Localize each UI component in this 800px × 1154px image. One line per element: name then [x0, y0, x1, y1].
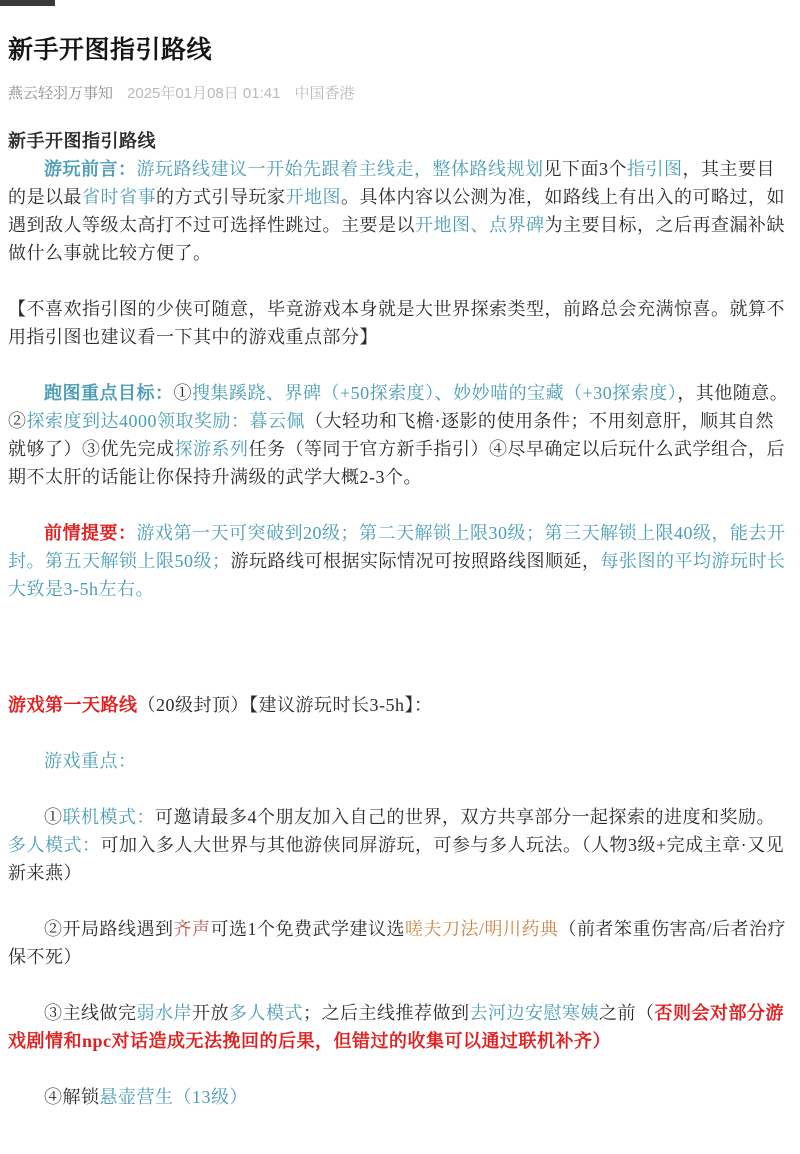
text-segment: 开地图、点界碑: [415, 215, 545, 235]
preface-paragraph: 游玩前言：游玩路线建议一开始先跟着主线走，整体路线规划见下面3个指引图，其主要目…: [8, 155, 792, 267]
text-segment: ②开局路线遇到: [44, 919, 174, 939]
text-segment: 【不喜欢指引图的少侠可随意，毕竟游戏本身就是大世界探索类型，前路总会充满惊喜。就…: [8, 299, 785, 347]
text-segment: 多人模式: [229, 1003, 303, 1023]
text-segment: （20级封顶）【建议游玩时长3-5h】：: [138, 695, 433, 715]
byline: 燕云轻羽万事知 2025年01月08日 01:41 中国香港: [8, 82, 792, 103]
intro-heading: 新手开图指引路线: [8, 127, 792, 155]
day1-route-heading: 游戏第一天路线（20级封顶）【建议游玩时长3-5h】：: [8, 691, 792, 719]
text-segment: ①: [174, 383, 193, 403]
coop-mode-paragraph: ①联机模式：可邀请最多4个朋友加入自己的世界，双方共享部分一起探索的进度和奖励。…: [8, 803, 792, 887]
top-left-bar: [0, 0, 55, 6]
text-segment: 游玩路线建议一开始先跟着主线走，整体路线规划: [137, 159, 544, 179]
text-segment: 指引图: [627, 159, 683, 179]
text-segment: 可选1个免费武学建议选: [211, 919, 406, 939]
game-highlights-label: 游戏重点：: [8, 747, 792, 775]
text-segment: ①: [44, 807, 63, 827]
author-name[interactable]: 燕云轻羽万事知: [8, 82, 113, 103]
text-segment: 新手开图指引路线: [8, 131, 156, 151]
text-segment: 游玩前言：: [44, 159, 137, 179]
text-segment: 去河边安慰寒姨: [470, 1003, 600, 1023]
text-segment: ；之后主线推荐做到: [303, 1003, 470, 1023]
text-segment: ③主线做完: [44, 1003, 137, 1023]
map-goals-paragraph: 跑图重点目标：①搜集蹊跷、界碑（+50探索度）、妙妙喵的宝藏（+30探索度），其…: [8, 379, 792, 491]
text-segment: 齐声: [174, 919, 211, 939]
text-segment: 可邀请最多4个朋友加入自己的世界，双方共享部分一起探索的进度和奖励。: [155, 807, 775, 827]
text-segment: 前情提要：: [44, 523, 137, 543]
text-segment: 游戏第一天路线: [8, 695, 138, 715]
text-segment: 弱水岸: [137, 1003, 193, 1023]
disclaimer-paragraph: 【不喜欢指引图的少侠可随意，毕竟游戏本身就是大世界探索类型，前路总会充满惊喜。就…: [8, 295, 792, 351]
text-segment: 搜集蹊跷、界碑（+50探索度）、妙妙喵的宝藏（+30探索度）: [192, 383, 677, 403]
text-segment: 开放: [192, 1003, 229, 1023]
text-segment: 嗟夫刀法/明川药典: [405, 919, 559, 939]
publish-date: 2025年01月08日 01:41: [127, 82, 280, 103]
text-segment: 之前（: [599, 1003, 655, 1023]
mainline-warning-paragraph: ③主线做完弱水岸开放多人模式；之后主线推荐做到去河边安慰寒姨之前（否则会对部分游…: [8, 999, 792, 1055]
article-page: 新手开图指引路线 燕云轻羽万事知 2025年01月08日 01:41 中国香港 …: [0, 30, 800, 1111]
free-martial-arts-paragraph: ②开局路线遇到齐声可选1个免费武学建议选嗟夫刀法/明川药典（前者笨重伤害高/后者…: [8, 915, 792, 971]
text-segment: 开地图: [286, 187, 342, 207]
text-segment: 游戏重点：: [44, 751, 137, 771]
text-segment: 游玩路线可根据实际情况可按照路线图顺延，: [231, 551, 601, 571]
text-segment: 跑图重点目标：: [44, 383, 174, 403]
publish-location: 中国香港: [294, 82, 354, 103]
text-segment: 探游系列: [175, 439, 249, 459]
text-segment: 省时省事: [82, 187, 156, 207]
page-title: 新手开图指引路线: [8, 30, 792, 66]
recap-paragraph: 前情提要：游戏第一天可突破到20级；第二天解锁上限30级；第三天解锁上限40级，…: [8, 519, 792, 603]
unlock-paragraph: ④解锁悬壶营生（13级）: [8, 1083, 792, 1111]
text-segment: ④解锁: [44, 1087, 100, 1107]
article-body: 新手开图指引路线游玩前言：游玩路线建议一开始先跟着主线走，整体路线规划见下面3个…: [8, 127, 792, 1111]
text-segment: 见下面3个: [544, 159, 628, 179]
text-segment: 联机模式：: [63, 807, 156, 827]
text-segment: 多人模式：: [8, 835, 101, 855]
text-segment: 探索度到达4000领取奖励：暮云佩: [27, 411, 306, 431]
text-segment: 悬壶营生（13级）: [100, 1087, 249, 1107]
text-segment: 的方式引导玩家: [156, 187, 286, 207]
text-segment: 可加入多人大世界与其他游侠同屏游玩，可参与多人玩法。（人物3级+完成主章·又见新…: [8, 835, 784, 883]
